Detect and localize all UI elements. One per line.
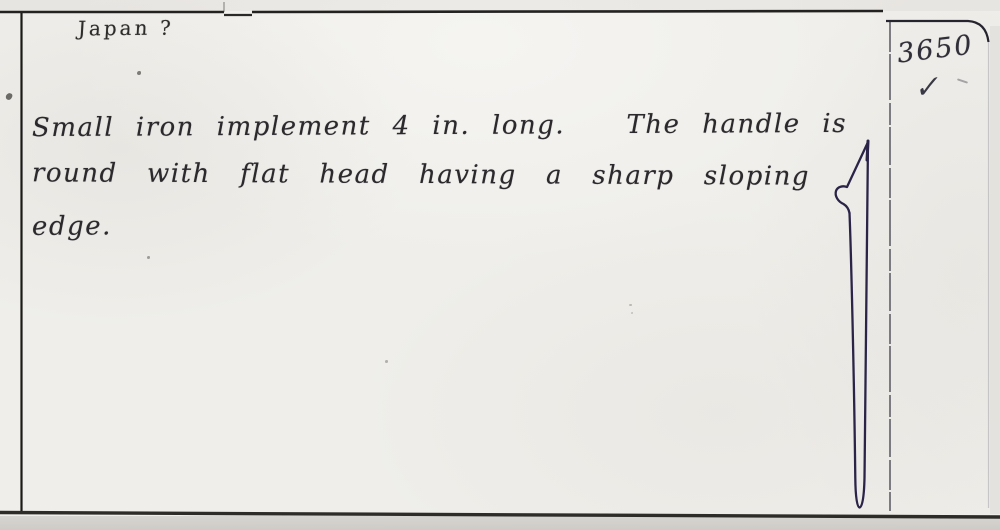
description-line-3: edge.	[32, 197, 847, 252]
printed-border-lines	[0, 0, 1000, 530]
paper-speck	[385, 360, 388, 363]
card-top-margin	[0, 0, 1000, 11]
catalog-number: 3650	[895, 29, 975, 69]
checkmark-icon: ✓	[914, 68, 944, 106]
card-right-edge-shadow	[990, 26, 1000, 514]
description-line-1-left: Small iron implement 4 in. long.	[32, 101, 565, 153]
description-line-1-right: The handle is	[626, 100, 847, 150]
ink-blot	[5, 92, 13, 101]
object-description: Small iron implement 4 in. long. The han…	[32, 102, 847, 249]
description-line-1: Small iron implement 4 in. long. The han…	[32, 100, 847, 153]
paper-speck	[631, 312, 633, 314]
paper-speck	[629, 304, 632, 306]
ink-dot	[147, 256, 150, 259]
checkmark-flick	[957, 78, 968, 83]
region-label: Japan ?	[77, 16, 174, 41]
description-line-2: round with flat head having a sharp slop…	[32, 149, 810, 201]
ink-dot	[137, 71, 141, 75]
catalog-card-scan: Japan ? 3650 ✓ Small iron implement 4 in…	[0, 0, 1000, 530]
card-bottom-edge-shadow	[0, 516, 1000, 530]
